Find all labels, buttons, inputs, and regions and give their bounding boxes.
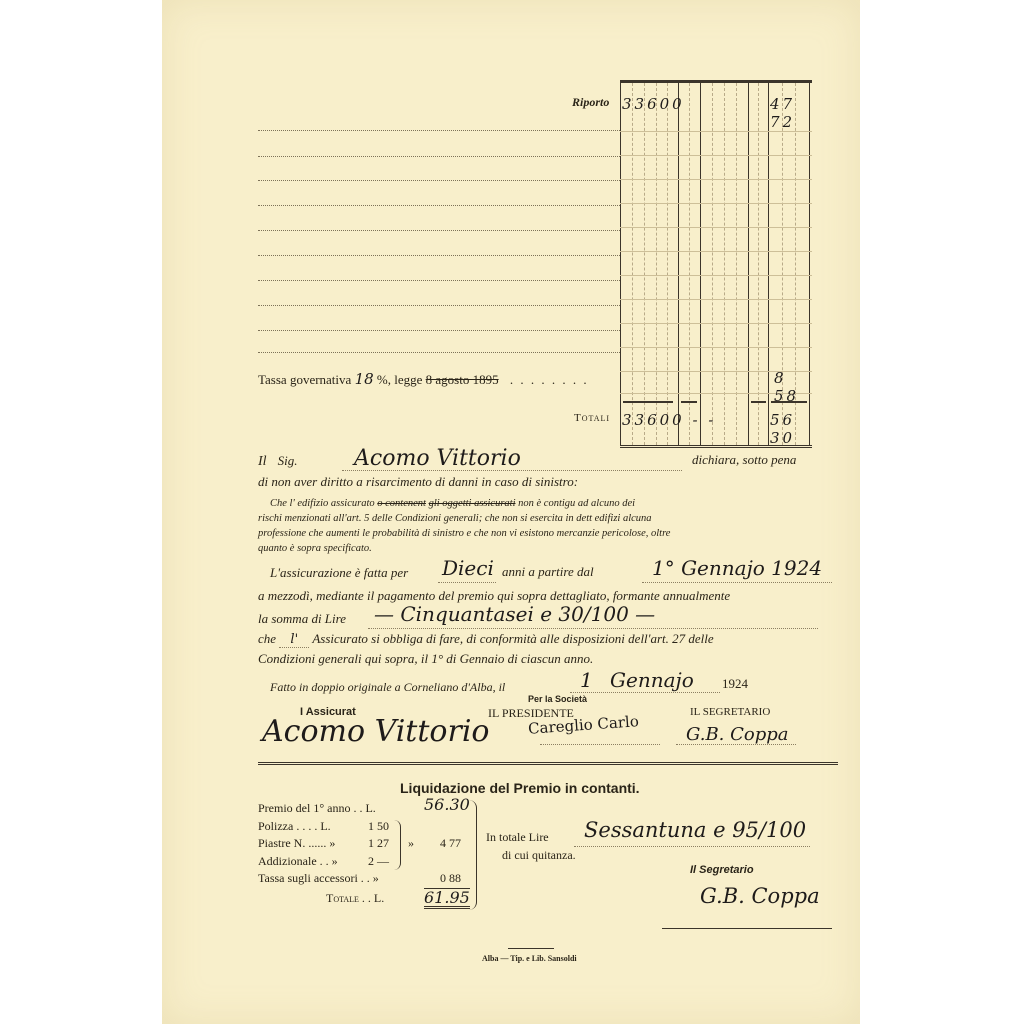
riporto-premium: 47 72 [770, 95, 812, 131]
printer-imprint: Alba — Tip. e Lib. Sansoldi [482, 954, 577, 963]
liquidation-list: Premio del 1° anno . . L. 56.30 Polizza … [258, 800, 478, 916]
liquidation-total-row: Totale . . L. 61.95 [258, 890, 478, 916]
liquidation-title: Liquidazione del Premio in contanti. [400, 780, 640, 796]
totali-capital: 33600 - - [622, 411, 716, 429]
riporto-label: Riporto [572, 95, 609, 110]
secretary-signature: G.B. Coppa [686, 724, 789, 745]
segretario-label: IL SEGRETARIO [690, 706, 770, 718]
totali-premium: 56 30 [770, 411, 812, 447]
amount-words-handwritten: — Cinquantasei e 30/100 — [374, 602, 655, 626]
start-date-handwritten: 1° Gennajo 1924 [652, 556, 822, 580]
insured-signature: Acomo Vittorio [262, 714, 489, 749]
tax-law-struck: 8 agosto 1895 [426, 372, 499, 387]
tax-rate: 18 [355, 370, 374, 388]
liquidation-row: Addizionale . . » 2 — [258, 853, 478, 871]
signing-month: Gennajo [610, 668, 694, 692]
liquidation-row: Premio del 1° anno . . L. 56.30 [258, 800, 478, 818]
insured-name: Acomo Vittorio [354, 446, 521, 471]
liquidation-row: Tassa sugli accessori . . » 0 88 [258, 870, 478, 888]
premium-ledger-table: 33600 47 72 8 58 33600 - - 56 30 [620, 80, 812, 448]
liquidation-row: Piastre N. ...... » 1 27 » 4 77 [258, 835, 478, 853]
years-handwritten: Dieci [442, 556, 494, 580]
tax-line: Tassa governativa 18 %, legge 8 agosto 1… [258, 370, 589, 388]
tax-amount: 8 58 [774, 369, 812, 405]
liquidation-secretary-signature: G.B. Coppa [700, 884, 820, 908]
conditions-paragraph: Che l' edifizio assicurato o contenent g… [258, 496, 820, 556]
totale-value: 61.95 [424, 888, 470, 910]
in-totale-handwritten: Sessantuna e 95/100 [584, 818, 806, 842]
section-divider [258, 762, 838, 765]
signing-day: 1 [580, 668, 593, 692]
accessori-subtotal: 4 77 [440, 835, 461, 853]
riporto-capital: 33600 [622, 95, 685, 113]
declaration-line: Il Sig. Acomo Vittorio dichiara, sotto p… [258, 450, 818, 472]
totali-label: Totali [574, 412, 610, 424]
liquidation-row: Polizza . . . . L. 1 50 [258, 818, 478, 836]
